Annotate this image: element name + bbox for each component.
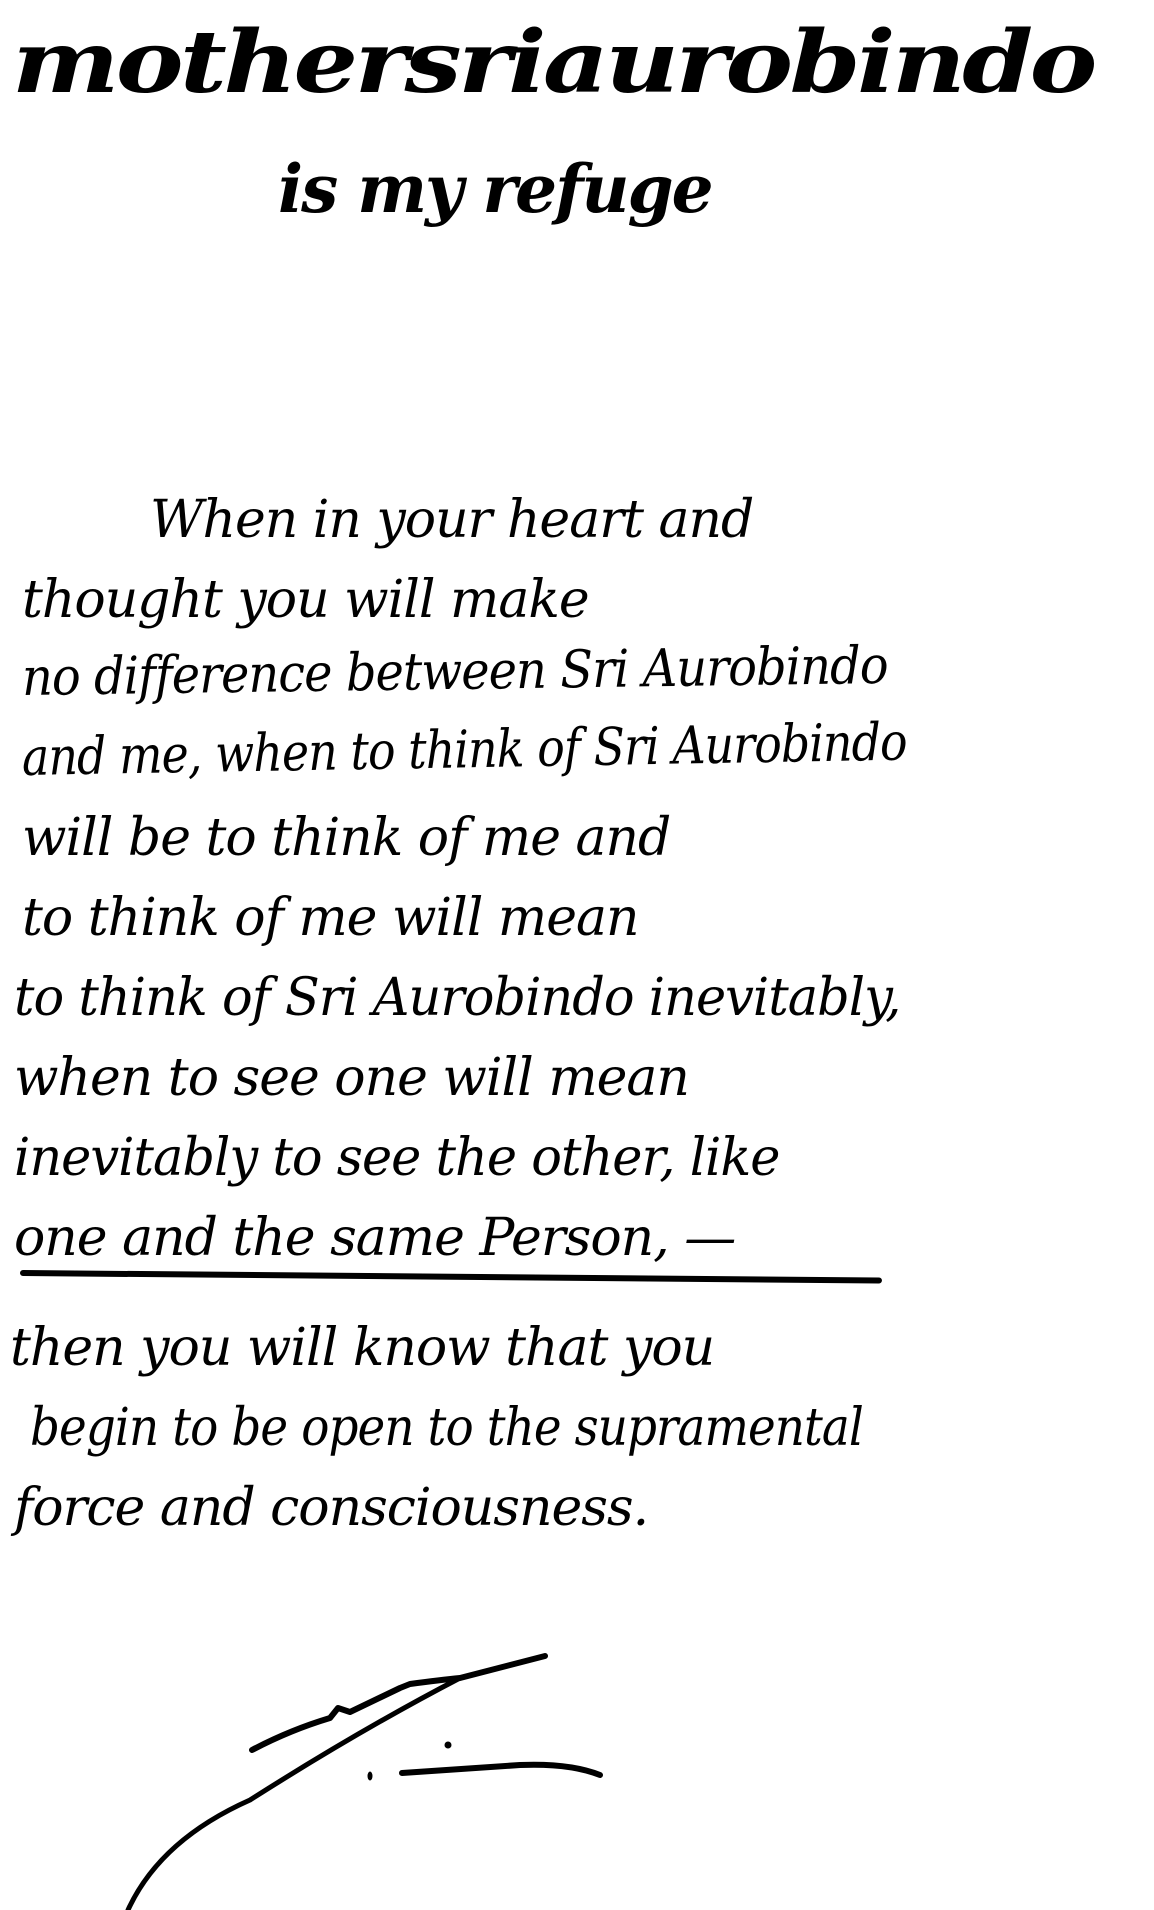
body-line-11: then you will know that you	[10, 1318, 714, 1378]
body-line-5: will be to think of me and	[22, 808, 670, 868]
body-line-7: to think of Sri Aurobindo inevitably,	[14, 968, 900, 1028]
title-line-1: mothersriaurobindo	[12, 12, 1094, 113]
body-line-9: inevitably to see the other, like	[14, 1128, 779, 1188]
title-line-2: is my refuge	[278, 150, 712, 228]
body-line-1: When in your heart and	[150, 490, 753, 550]
body-line-10-underlined: one and the same Person, —	[14, 1208, 735, 1268]
body-line-3: no difference between Sri Aurobindo	[22, 636, 888, 708]
signature-mark-icon	[100, 1620, 1000, 1910]
underline-stroke	[20, 1270, 882, 1284]
body-line-2: thought you will make	[22, 570, 589, 630]
body-line-12: begin to be open to the supramental	[30, 1398, 863, 1458]
body-line-13: force and consciousness.	[14, 1478, 648, 1538]
body-line-4: and me, when to think of Sri Aurobindo	[21, 713, 907, 788]
body-line-6: to think of me will mean	[22, 888, 638, 948]
body-line-8: when to see one will mean	[14, 1048, 689, 1108]
